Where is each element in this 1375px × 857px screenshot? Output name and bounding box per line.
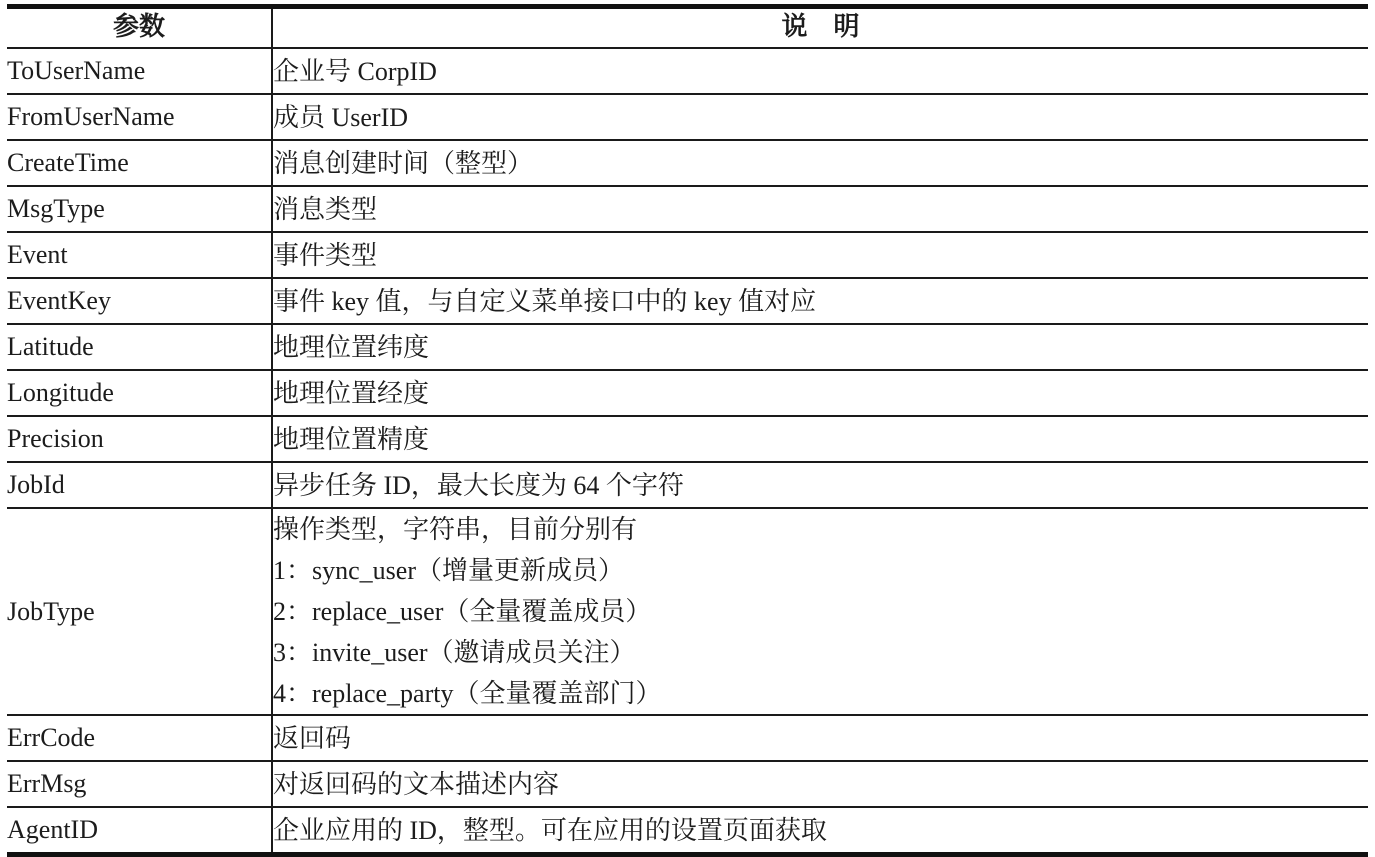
param-cell: ToUserName: [7, 48, 272, 94]
desc-cell: 返回码: [272, 715, 1368, 761]
desc-line: 异步任务 ID，最大长度为 64 个字符: [273, 465, 1368, 506]
param-cell: Precision: [7, 416, 272, 462]
header-desc: 说 明: [272, 7, 1368, 49]
desc-cell: 地理位置纬度: [272, 324, 1368, 370]
table-header: 参数 说 明: [7, 7, 1368, 49]
desc-line: 地理位置经度: [273, 373, 1368, 414]
table-row: EventKey事件 key 值，与自定义菜单接口中的 key 值对应: [7, 278, 1368, 324]
desc-line: 消息类型: [273, 189, 1368, 230]
desc-line: 事件类型: [273, 235, 1368, 276]
desc-line: 地理位置纬度: [273, 327, 1368, 368]
desc-cell: 地理位置精度: [272, 416, 1368, 462]
desc-line: 3：invite_user（邀请成员关注）: [273, 632, 1368, 673]
table-row: FromUserName成员 UserID: [7, 94, 1368, 140]
desc-line: 2：replace_user（全量覆盖成员）: [273, 591, 1368, 632]
param-cell: AgentID: [7, 807, 272, 855]
desc-cell: 操作类型，字符串，目前分别有1：sync_user（增量更新成员）2：repla…: [272, 508, 1368, 715]
param-cell: ErrMsg: [7, 761, 272, 807]
table-row: Event事件类型: [7, 232, 1368, 278]
param-cell: JobId: [7, 462, 272, 508]
table-row: ToUserName企业号 CorpID: [7, 48, 1368, 94]
desc-cell: 消息创建时间（整型）: [272, 140, 1368, 186]
desc-line: 返回码: [273, 718, 1368, 759]
desc-cell: 事件 key 值，与自定义菜单接口中的 key 值对应: [272, 278, 1368, 324]
desc-line: 事件 key 值，与自定义菜单接口中的 key 值对应: [273, 281, 1368, 322]
desc-cell: 异步任务 ID，最大长度为 64 个字符: [272, 462, 1368, 508]
desc-cell: 事件类型: [272, 232, 1368, 278]
table-row: JobType操作类型，字符串，目前分别有1：sync_user（增量更新成员）…: [7, 508, 1368, 715]
desc-cell: 成员 UserID: [272, 94, 1368, 140]
desc-cell: 企业号 CorpID: [272, 48, 1368, 94]
desc-cell: 地理位置经度: [272, 370, 1368, 416]
table-row: JobId异步任务 ID，最大长度为 64 个字符: [7, 462, 1368, 508]
param-cell: FromUserName: [7, 94, 272, 140]
table-row: ErrMsg对返回码的文本描述内容: [7, 761, 1368, 807]
param-cell: Latitude: [7, 324, 272, 370]
table-row: Precision地理位置精度: [7, 416, 1368, 462]
desc-cell: 对返回码的文本描述内容: [272, 761, 1368, 807]
table-row: Longitude地理位置经度: [7, 370, 1368, 416]
param-cell: EventKey: [7, 278, 272, 324]
param-cell: Event: [7, 232, 272, 278]
desc-line: 企业应用的 ID，整型。可在应用的设置页面获取: [273, 810, 1368, 851]
document-page: 参数 说 明 ToUserName企业号 CorpIDFromUserName成…: [0, 0, 1375, 857]
desc-cell: 企业应用的 ID，整型。可在应用的设置页面获取: [272, 807, 1368, 855]
param-cell: MsgType: [7, 186, 272, 232]
desc-line: 消息创建时间（整型）: [273, 143, 1368, 184]
table-row: MsgType消息类型: [7, 186, 1368, 232]
param-cell: JobType: [7, 508, 272, 715]
table-row: AgentID企业应用的 ID，整型。可在应用的设置页面获取: [7, 807, 1368, 855]
desc-line: 1：sync_user（增量更新成员）: [273, 550, 1368, 591]
table-body: ToUserName企业号 CorpIDFromUserName成员 UserI…: [7, 48, 1368, 855]
desc-cell: 消息类型: [272, 186, 1368, 232]
desc-line: 地理位置精度: [273, 419, 1368, 460]
desc-line: 对返回码的文本描述内容: [273, 764, 1368, 805]
desc-line: 企业号 CorpID: [273, 51, 1368, 92]
desc-line: 操作类型，字符串，目前分别有: [273, 509, 1368, 550]
desc-line: 4：replace_party（全量覆盖部门）: [273, 673, 1368, 714]
table-row: CreateTime消息创建时间（整型）: [7, 140, 1368, 186]
parameter-table: 参数 说 明 ToUserName企业号 CorpIDFromUserName成…: [7, 4, 1368, 857]
header-param: 参数: [7, 7, 272, 49]
table-row: ErrCode返回码: [7, 715, 1368, 761]
param-cell: Longitude: [7, 370, 272, 416]
desc-line: 成员 UserID: [273, 97, 1368, 138]
param-cell: CreateTime: [7, 140, 272, 186]
header-row: 参数 说 明: [7, 7, 1368, 49]
param-cell: ErrCode: [7, 715, 272, 761]
table-row: Latitude地理位置纬度: [7, 324, 1368, 370]
